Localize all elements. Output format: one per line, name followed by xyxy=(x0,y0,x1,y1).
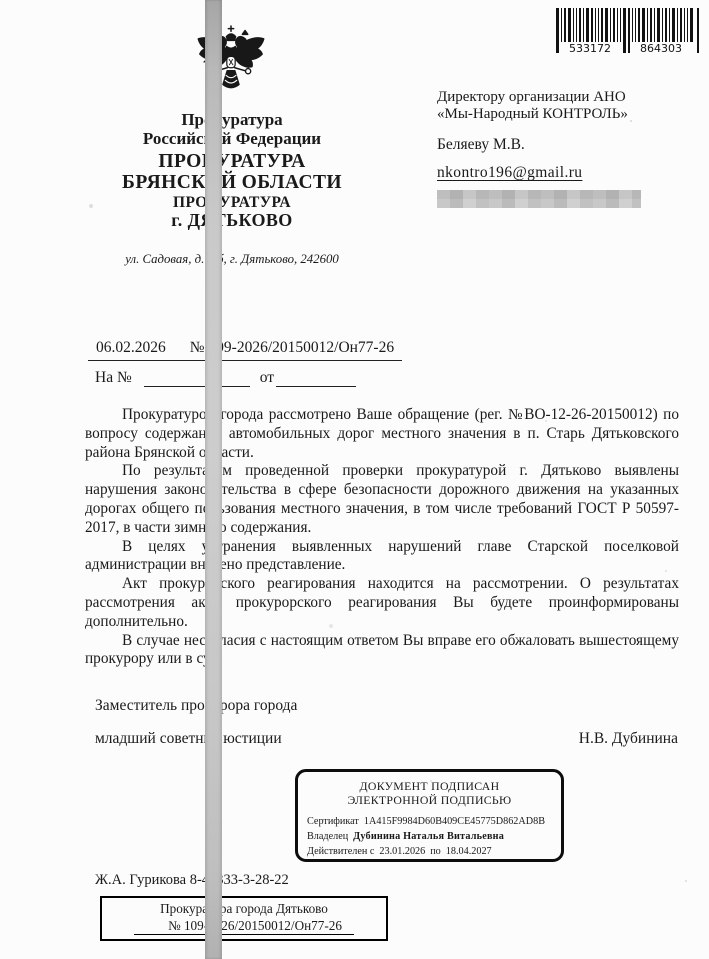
recipient-person: Беляеву М.В. xyxy=(437,136,525,154)
stamp-title-line2: ЭЛЕКТРОННОЙ ПОДПИСЬЮ xyxy=(298,793,561,807)
letterhead-city-line2: г. ДЯТЬКОВО xyxy=(60,211,404,230)
barcode-number-right: 864303 xyxy=(630,42,692,55)
ot-label: от xyxy=(260,369,274,386)
stamp-valid-from: 23.01.2026 xyxy=(379,846,425,857)
stamp-validity-row: Действителен с23.01.2026по18.04.2027 xyxy=(307,844,561,859)
letterhead-address: ул. Садовая, д. 6 б, г. Дятьково, 242600 xyxy=(60,252,404,267)
stamp-owner-row: ВладелецДубинина Наталья Витальевна xyxy=(307,829,561,844)
letter-body: Прокуратурой города рассмотрено Ваше обр… xyxy=(85,406,679,669)
na-no-label: На № xyxy=(95,369,132,386)
signer-position-line1: Заместитель прокурора города xyxy=(95,697,297,715)
stamp-certificate-row: Сертификат1A415F9984D60B409CE45775D862AD… xyxy=(307,814,561,829)
electronic-signature-stamp: ДОКУМЕНТ ПОДПИСАН ЭЛЕКТРОННОЙ ПОДПИСЬЮ С… xyxy=(295,769,564,862)
stamp-owner-value: Дубинина Наталья Витальевна xyxy=(353,831,504,842)
body-paragraph: В целях устранения выявленных нарушений … xyxy=(85,538,679,576)
barcode-guard-left xyxy=(556,8,559,53)
body-paragraph: Акт прокурорского реагирования находится… xyxy=(85,575,679,631)
stamp-valid-to: 18.04.2027 xyxy=(446,846,492,857)
body-paragraph: Прокуратурой города рассмотрено Ваше обр… xyxy=(85,406,679,462)
scan-fold-stripe-artifact xyxy=(205,0,222,959)
executor-contact-line: Ж.А. Гурикова 8-48333-3-28-22 xyxy=(95,872,289,889)
recipient-org-line1: Директору организации АНО xyxy=(437,89,683,106)
stamp-valid-label: Действителен с xyxy=(307,846,374,857)
incoming-date-blank xyxy=(276,371,356,387)
barcode-guard-right xyxy=(697,8,699,53)
stamp-title-line1: ДОКУМЕНТ ПОДПИСАН xyxy=(298,779,561,793)
body-paragraph: По результатам проведенной проверки прок… xyxy=(85,462,679,537)
letterhead-region-line2: БРЯНСКОЙ ОБЛАСТИ xyxy=(60,172,404,193)
body-paragraph: В случае несогласия с настоящим ответом … xyxy=(85,632,679,670)
recipient-email: nkontro196@gmail.ru xyxy=(437,164,582,182)
registration-number-line: № 109-2026/20150012/Он77-26 xyxy=(102,918,386,935)
signer-position-line2: младший советник юстиции xyxy=(95,730,282,748)
recipient-org-line2: «Мы-Народный КОНТРОЛЬ» xyxy=(437,106,683,123)
signer-name: Н.В. Дубинина xyxy=(579,730,678,748)
registration-number: № 109-2026/20150012/Он77-26 xyxy=(134,918,354,935)
letterhead-org-line1: Прокуратура xyxy=(60,110,404,129)
stamp-cert-label: Сертификат xyxy=(307,816,359,827)
letter-date: 06.02.2026 xyxy=(96,339,166,356)
incoming-reference-line: На №от xyxy=(95,369,356,387)
incoming-number-blank xyxy=(144,371,250,387)
stamp-title: ДОКУМЕНТ ПОДПИСАН ЭЛЕКТРОННОЙ ПОДПИСЬЮ xyxy=(298,779,561,807)
barcode-guard-middle xyxy=(623,8,626,53)
outgoing-reference-line: 06.02.2026№ 109-2026/20150012/Он77-26 xyxy=(88,339,402,361)
stamp-cert-value: 1A415F9984D60B409CE45775D862AD8B xyxy=(364,816,545,827)
recipient-organization: Директору организации АНО «Мы-Народный К… xyxy=(437,89,683,122)
letterhead: Прокуратура Российской Федерации ПРОКУРА… xyxy=(60,110,404,267)
letterhead-region-line1: ПРОКУРАТУРА xyxy=(60,151,404,172)
letterhead-org-line2: Российской Федерации xyxy=(60,129,404,148)
stamp-valid-mid-label: по xyxy=(430,846,441,857)
registration-barcode: 533172 864303 xyxy=(556,8,702,58)
redacted-address-blur xyxy=(437,190,641,208)
letterhead-city-line1: ПРОКУРАТУРА xyxy=(60,194,404,211)
scanned-letter-page: 533172 864303 Директору организации АНО … xyxy=(0,0,709,959)
scan-noise-specks xyxy=(630,120,632,122)
barcode-number-left: 533172 xyxy=(561,42,619,55)
registration-org: Прокуратура города Дятьково xyxy=(102,901,386,918)
stamp-owner-label: Владелец xyxy=(307,831,348,842)
registration-stamp-box: Прокуратура города Дятьково № 109-2026/2… xyxy=(100,896,388,941)
stamp-details: Сертификат1A415F9984D60B409CE45775D862AD… xyxy=(307,814,561,859)
